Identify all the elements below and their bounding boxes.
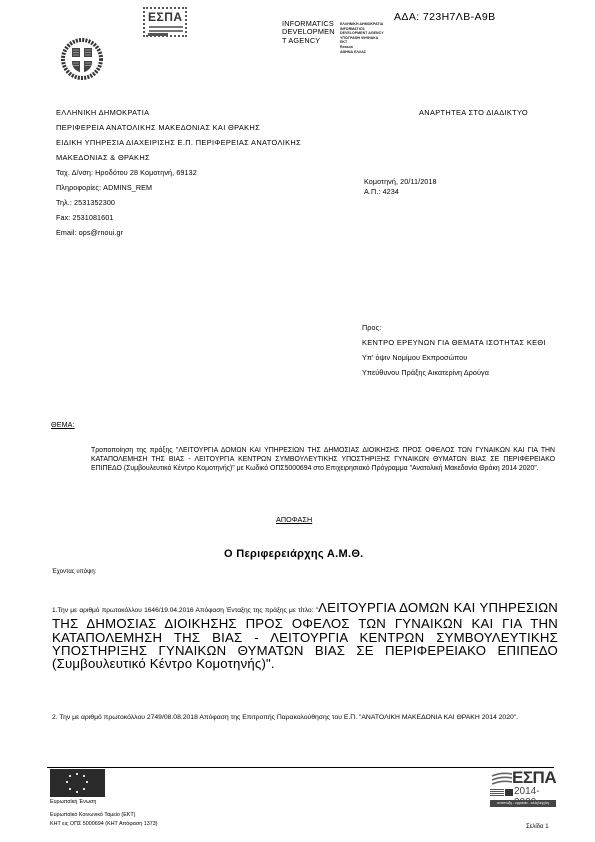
sender-line: ΠΕΡΙΦΕΡΕΙΑ ΑΝΑΤΟΛΙΚΗΣ ΜΑΚΕΔΟΝΙΑΣ ΚΑΙ ΘΡΑ… — [56, 123, 260, 132]
sender-line: ΕΙΔΙΚΗ ΥΠΗΡΕΣΙΑ ΔΙΑΧΕΙΡΙΣΗΣ Ε.Π. ΠΕΡΙΦΕΡ… — [56, 138, 301, 147]
sender-line: ΕΛΛΗΝΙΚΗ ΔΗΜΟΚΡΑΤΙΑ — [56, 108, 149, 117]
espa-slogan: ανάπτυξη - εργασία - αλληλεγγύη — [490, 800, 556, 807]
sender-fax: Fax: 2531081601 — [56, 213, 113, 222]
authority-title: Ο Περιφερειάρχης Α.Μ.Θ. — [224, 548, 364, 560]
consideration-item-2: 2. Την με αριθμό πρωτοκόλλου 2749/08.08.… — [52, 714, 558, 723]
sender-line: ΜΑΚΕΔΟΝΙΑΣ & ΘΡΑΚΗΣ — [56, 153, 150, 162]
subject-label: ΘΕΜΑ: — [51, 420, 75, 429]
sender-address: Ταχ. Δ/νση: Ηροδότου 28 Κομοτηνή, 69132 — [56, 168, 197, 177]
page-number: Σελίδα 1 — [526, 824, 549, 830]
greek-flag-icon — [490, 789, 504, 796]
item1-prefix: 1.Την με αριθμό πρωτοκόλλου 1646/19.04.2… — [52, 607, 318, 614]
recipient-line: Υπεύθυνου Πράξης Αικατερίνη Δρούγα — [362, 368, 489, 377]
eu-label: Ευρωπαϊκή Ένωση — [50, 799, 96, 805]
recipient-line: ΚΕΝΤΡΟ ΕΡΕΥΝΩΝ ΓΙΑ ΘΕΜΑΤΑ ΙΣΟΤΗΤΑΣ ΚΕΘΙ — [362, 338, 546, 347]
decision-label: ΑΠΟΦΑΣΗ — [276, 515, 312, 524]
espa-logo-line — [148, 33, 168, 36]
footer-mis: ΚΗΤ εις ΟΠΣ 5000694 (ΚΗΤ Απόφαση 1373) — [50, 821, 158, 827]
publish-note: ΑΝΑΡΤΗΤΕΑ ΣΤΟ ΔΙΑΔΙΚΤΥΟ — [419, 108, 528, 117]
sender-info: Πληροφορίες: ADMINS_REM — [56, 183, 152, 192]
recipient-line: Υπ' όψιν Νομίμου Εκπροσώπου — [362, 353, 467, 362]
espa-logo-line — [149, 26, 183, 28]
eu-mini-flag-icon — [505, 789, 513, 796]
footer-fund: Ευρωπαϊκό Κοινωνικό Ταμείο (ΕΚΤ) — [50, 812, 135, 818]
eu-flag-icon — [50, 769, 105, 797]
espa-waves-icon — [490, 772, 512, 788]
espa-logo-text: ΕΣΠΑ — [148, 10, 183, 24]
greek-coat-of-arms-icon — [60, 37, 104, 81]
signature-line: ΑΘΗΝΑ ΕΛΛΑΣ — [340, 50, 384, 55]
espa-logo-bottom: ΕΣΠΑ 2014-2020 ανάπτυξη - εργασία - αλλη… — [490, 770, 556, 810]
agency-signature-label: INFORMATICS DEVELOPMEN T AGENCY — [282, 20, 335, 45]
espa-logo-line — [149, 30, 183, 32]
footer-divider — [47, 767, 554, 768]
considering-label: Έχοντας υπόψη: — [52, 569, 96, 575]
agency-line: T AGENCY — [282, 37, 335, 45]
espa-bottom-text: ΕΣΠΑ — [512, 768, 556, 788]
consideration-item-1: 1.Την με αριθμό πρωτοκόλλου 1646/19.04.2… — [52, 601, 558, 670]
place-date: Κομοτηνή, 20/11/2018 — [364, 177, 437, 186]
protocol-number: Α.Π.: 4234 — [364, 187, 399, 196]
sender-phone: Τηλ.: 2531352300 — [56, 198, 115, 207]
sender-email[interactable]: Email: ops@rnoui.gr — [56, 228, 123, 237]
subject-text: Τροποποίηση της πράξης "ΛΕΙΤΟΥΡΓΙΑ ΔΟΜΩΝ… — [91, 446, 555, 473]
signature-line: ΕΛΛΗΝΙΚΗ ΔΗΜΟΚΡΑΤΙΑ — [340, 22, 384, 27]
recipient-label: Προς: — [362, 323, 381, 332]
espa-logo-top: ΕΣΠΑ — [143, 7, 187, 37]
digital-signature-details: ΕΛΛΗΝΙΚΗ ΔΗΜΟΚΡΑΤΙΑ INFORMATICS DEVELOPM… — [340, 22, 384, 54]
ada-code: ΑΔΑ: 723Η7ΛΒ-Α9Β — [394, 11, 496, 23]
